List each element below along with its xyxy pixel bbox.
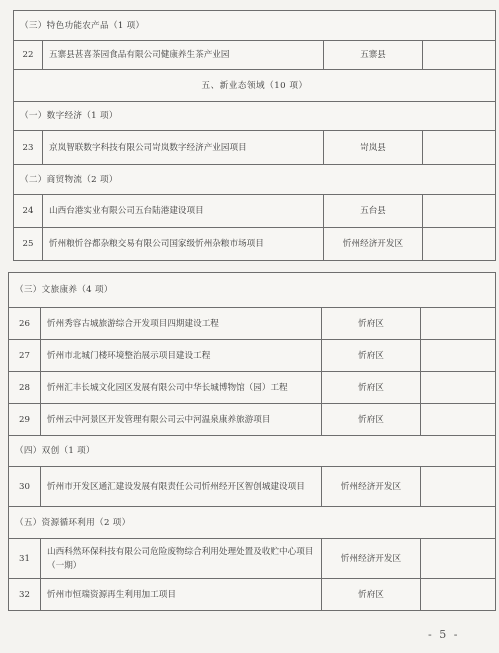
project-region: 忻府区 <box>322 579 421 611</box>
project-note <box>421 372 496 404</box>
category-row: （二）商贸物流（2 项） <box>14 165 496 195</box>
project-name: 山西科然环保科技有限公司危险废物综合利用处理处置及收贮中心项目（一期） <box>41 539 322 579</box>
row-number: 31 <box>9 539 41 579</box>
project-note <box>421 404 496 436</box>
table-row: 28 忻州汇丰长城文化园区发展有限公司中华长城博物馆（园）工程 忻府区 <box>9 372 496 404</box>
category-label: （五）资源循环利用（2 项） <box>9 507 496 539</box>
project-region: 忻府区 <box>322 372 421 404</box>
project-note <box>421 467 496 507</box>
section-heading: 五、新业态领域（10 项） <box>14 70 496 102</box>
table-row: 31 山西科然环保科技有限公司危险废物综合利用处理处置及收贮中心项目（一期） 忻… <box>9 539 496 579</box>
category-row: （一）数字经济（1 项） <box>14 102 496 131</box>
category-row: （五）资源循环利用（2 项） <box>9 507 496 539</box>
table-row: 25 忻州粮忻谷都杂粮交易有限公司国家级忻州杂粮市场项目 忻州经济开发区 <box>14 228 496 261</box>
project-name: 忻州市北城门楼环境整治展示项目建设工程 <box>41 340 322 372</box>
table-row: 29 忻州云中河景区开发管理有限公司云中河温泉康养旅游项目 忻府区 <box>9 404 496 436</box>
table-row: 23 京岚智联数字科技有限公司岢岚数字经济产业园项目 岢岚县 <box>14 131 496 165</box>
project-table-part-1: （三）特色功能农产品（1 项） 22 五寨县甚喜茶园食品有限公司健康养生茶产业园… <box>13 10 496 261</box>
row-number: 24 <box>14 195 43 228</box>
category-row: （四）双创（1 项） <box>9 436 496 467</box>
row-number: 30 <box>9 467 41 507</box>
project-name: 忻州市开发区通汇建设发展有限责任公司忻州经开区智创城建设项目 <box>41 467 322 507</box>
project-name: 五寨县甚喜茶园食品有限公司健康养生茶产业园 <box>43 41 324 70</box>
project-region: 忻州经济开发区 <box>322 467 421 507</box>
project-name: 忻州粮忻谷都杂粮交易有限公司国家级忻州杂粮市场项目 <box>43 228 324 261</box>
project-note <box>421 308 496 340</box>
project-region: 忻州经济开发区 <box>322 539 421 579</box>
project-region: 忻府区 <box>322 308 421 340</box>
project-note <box>423 131 496 165</box>
page-number: - 5 - <box>428 628 459 641</box>
row-number: 22 <box>14 41 43 70</box>
row-number: 32 <box>9 579 41 611</box>
section-row: 五、新业态领域（10 项） <box>14 70 496 102</box>
row-number: 28 <box>9 372 41 404</box>
category-label: （一）数字经济（1 项） <box>14 102 496 131</box>
project-note <box>423 228 496 261</box>
table-row: 26 忻州秀容古城旅游综合开发项目四期建设工程 忻府区 <box>9 308 496 340</box>
project-note <box>423 41 496 70</box>
project-name: 京岚智联数字科技有限公司岢岚数字经济产业园项目 <box>43 131 324 165</box>
project-region: 五台县 <box>324 195 423 228</box>
category-label: （四）双创（1 项） <box>9 436 496 467</box>
project-region: 五寨县 <box>324 41 423 70</box>
category-label: （三）特色功能农产品（1 项） <box>14 11 496 41</box>
table-row: 22 五寨县甚喜茶园食品有限公司健康养生茶产业园 五寨县 <box>14 41 496 70</box>
project-name: 忻州汇丰长城文化园区发展有限公司中华长城博物馆（园）工程 <box>41 372 322 404</box>
row-number: 23 <box>14 131 43 165</box>
category-row: （三）特色功能农产品（1 项） <box>14 11 496 41</box>
table-row: 24 山西台港实业有限公司五台陆港建设项目 五台县 <box>14 195 496 228</box>
project-note <box>421 340 496 372</box>
category-row: （三）文旅康养（4 项） <box>9 273 496 308</box>
project-region: 忻府区 <box>322 404 421 436</box>
table-row: 30 忻州市开发区通汇建设发展有限责任公司忻州经开区智创城建设项目 忻州经济开发… <box>9 467 496 507</box>
category-label: （三）文旅康养（4 项） <box>9 273 496 308</box>
project-note <box>421 539 496 579</box>
project-name: 忻州秀容古城旅游综合开发项目四期建设工程 <box>41 308 322 340</box>
table-row: 27 忻州市北城门楼环境整治展示项目建设工程 忻府区 <box>9 340 496 372</box>
project-table-part-2: （三）文旅康养（4 项） 26 忻州秀容古城旅游综合开发项目四期建设工程 忻府区… <box>8 272 496 611</box>
row-number: 29 <box>9 404 41 436</box>
project-name: 忻州云中河景区开发管理有限公司云中河温泉康养旅游项目 <box>41 404 322 436</box>
category-label: （二）商贸物流（2 项） <box>14 165 496 195</box>
row-number: 25 <box>14 228 43 261</box>
project-name: 忻州市恒瑞资源再生利用加工项目 <box>41 579 322 611</box>
project-note <box>421 579 496 611</box>
project-region: 忻州经济开发区 <box>324 228 423 261</box>
project-region: 岢岚县 <box>324 131 423 165</box>
row-number: 27 <box>9 340 41 372</box>
project-region: 忻府区 <box>322 340 421 372</box>
project-note <box>423 195 496 228</box>
table-row: 32 忻州市恒瑞资源再生利用加工项目 忻府区 <box>9 579 496 611</box>
row-number: 26 <box>9 308 41 340</box>
project-name: 山西台港实业有限公司五台陆港建设项目 <box>43 195 324 228</box>
